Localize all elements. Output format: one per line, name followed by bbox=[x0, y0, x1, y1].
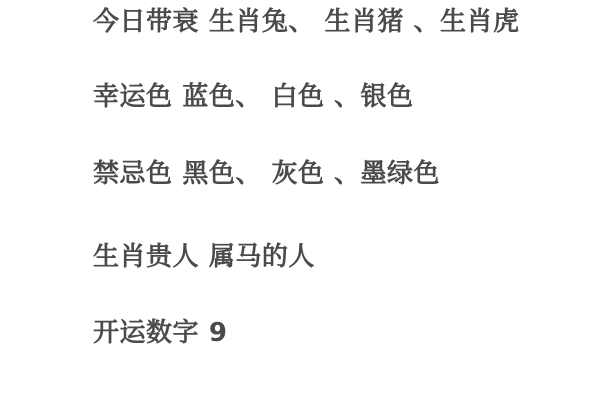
lucky-number-label: 开运数字 bbox=[93, 318, 199, 348]
unlucky-zodiacs-value: 生肖兔、 生肖猪 、生肖虎 bbox=[209, 7, 520, 37]
taboo-colors-value: 黑色、 灰色 、墨绿色 bbox=[182, 159, 440, 189]
horoscope-article-body: 今日带衰生肖兔、 生肖猪 、生肖虎 幸运色蓝色、 白色 、银色 禁忌色黑色、 灰… bbox=[0, 0, 600, 400]
text-line-unlucky-zodiacs: 今日带衰生肖兔、 生肖猪 、生肖虎 bbox=[93, 4, 580, 40]
taboo-colors-label: 禁忌色 bbox=[93, 159, 173, 189]
text-line-lucky-number: 开运数字9 bbox=[93, 315, 580, 351]
lucky-number-value: 9 bbox=[209, 318, 228, 348]
lucky-colors-value: 蓝色、 白色 、银色 bbox=[182, 82, 413, 112]
text-line-benefactor-zodiac: 生肖贵人属马的人 bbox=[93, 239, 580, 275]
lucky-colors-label: 幸运色 bbox=[93, 82, 173, 112]
text-line-taboo-colors: 禁忌色黑色、 灰色 、墨绿色 bbox=[93, 156, 580, 192]
text-line-lucky-colors: 幸运色蓝色、 白色 、银色 bbox=[93, 79, 580, 115]
unlucky-zodiacs-label: 今日带衰 bbox=[93, 7, 199, 37]
benefactor-zodiac-value: 属马的人 bbox=[209, 242, 315, 272]
benefactor-zodiac-label: 生肖贵人 bbox=[93, 242, 199, 272]
